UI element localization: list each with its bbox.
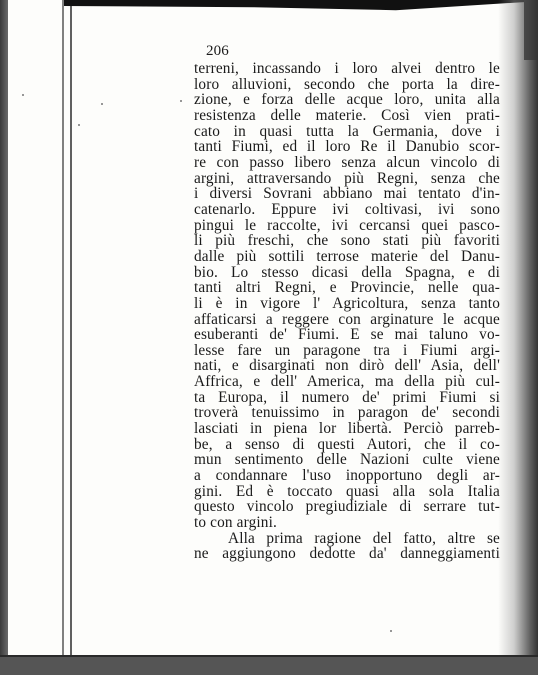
scan-speck [78, 124, 80, 126]
binding-rule-inner [70, 0, 72, 660]
text-line: li più freschi, che sono stati più favor… [194, 233, 500, 249]
text-line: resistenza delle materie. Così vien prat… [194, 108, 500, 124]
text-line: re con passo libero senza alcun vincolo … [194, 155, 500, 171]
page-right-shadow [498, 0, 538, 660]
scan-speck [101, 103, 103, 105]
text-line: i diversi Sovrani abbiano mai tentato d'… [194, 186, 500, 202]
text-line: troverà tenuissimo in paragon de' second… [194, 405, 500, 421]
text-line: mun sentimento delle Nazioni culte viene [194, 452, 500, 468]
text-line: be, a senso di questi Autori, che il co- [194, 437, 500, 453]
page-number: 206 [206, 44, 500, 61]
scan-speck [390, 630, 392, 632]
text-line: nati, e disarginati non dirò dell' Asia,… [194, 358, 500, 374]
paragraph-start-line: Alla prima ragione del fatto, altre se [194, 531, 500, 547]
text-line: li è in vigore l' Agricoltura, senza tan… [194, 296, 500, 312]
text-line: affaticarsi a reggere con arginature le … [194, 312, 500, 328]
text-line: questo vincolo pregiudiziale di serrare … [194, 499, 500, 515]
text-line: tanti Fiumi, ed il loro Re il Danubio sc… [194, 139, 500, 155]
text-line: ta Europa, il numero de' primi Fiumi si [194, 390, 500, 406]
text-line: catenarlo. Eppure ivi coltivasi, ivi son… [194, 202, 500, 218]
text-line: dalle più sottili terrose materie del Da… [194, 249, 500, 265]
scan-left-edge [0, 0, 8, 675]
binding-rule-outer [62, 0, 64, 660]
text-line: lesse fare un paragone tra i Fiumi argi- [194, 343, 500, 359]
text-line: lasciati in piena lor libertà. Perciò pa… [194, 421, 500, 437]
scan-speck [180, 100, 182, 102]
text-line: a condannare l'uso inopportuno degli ar- [194, 468, 500, 484]
scan-speck [22, 94, 24, 96]
scan-bottom-edge [0, 655, 538, 675]
text-line: bio. Lo stesso dicasi della Spagna, e di [194, 265, 500, 281]
text-line: Affrica, e dell' America, ma della più c… [194, 374, 500, 390]
text-line: argini, attraversando più Regni, senza c… [194, 171, 500, 187]
page-text: 206 terreni, incassando i loro alvei den… [194, 44, 500, 562]
text-line: terreni, incassando i loro alvei dentro … [194, 61, 500, 77]
text-line: tanti altri Regni, e Provincie, nelle qu… [194, 280, 500, 296]
text-line: loro alluvioni, secondo che porta la dir… [194, 77, 500, 93]
text-line: pingui le raccolte, ivi cercansi quei pa… [194, 218, 500, 234]
text-line: esuberanti de' Fiumi. E se mai taluno vo… [194, 327, 500, 343]
text-line: zione, e forza delle acque loro, unita a… [194, 92, 500, 108]
text-line: gini. Ed è toccato quasi alla sola Itali… [194, 484, 500, 500]
text-line: cato in quasi tutta la Germania, dove i [194, 124, 500, 140]
text-line: ne aggiungono dedotte da' danneggiamenti [194, 546, 500, 562]
text-line: to con argini. [194, 515, 500, 531]
